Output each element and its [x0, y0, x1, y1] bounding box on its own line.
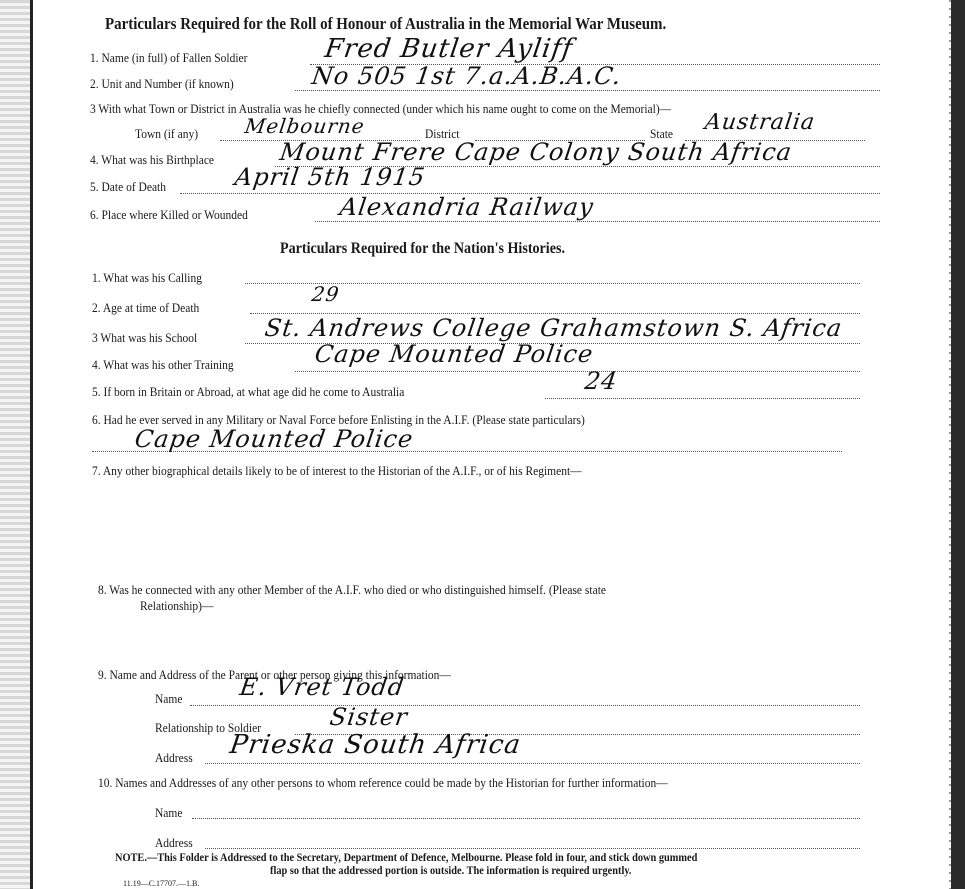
field-label-unit: 2. Unit and Number (if known)	[90, 77, 234, 92]
footer-note: NOTE.—This Folder is Addressed to the Se…	[115, 852, 697, 864]
form-title: Particulars Required for the Roll of Hon…	[105, 14, 666, 34]
field-value-state: Australia	[703, 110, 817, 135]
field-line	[295, 371, 860, 372]
field-line	[315, 221, 880, 222]
field-line	[295, 90, 880, 91]
field-label-age: 2. Age at time of Death	[92, 301, 199, 316]
field-value-age-arrived: 24	[583, 367, 619, 395]
field-value-informant-name: E. Vret Todd	[238, 673, 406, 701]
field-label-birthplace: 4. What was his Birthplace	[90, 153, 214, 168]
footer-note-continued: flap so that the addressed portion is ou…	[270, 865, 632, 877]
field-label-town-district: 3 With what Town or District in Australi…	[90, 102, 671, 117]
field-line	[190, 705, 860, 706]
field-label-date-of-death: 5. Date of Death	[90, 180, 166, 195]
scan-edge-left	[0, 0, 32, 889]
scan-edge-right	[951, 0, 965, 889]
field-label-informant-address: Address	[155, 751, 193, 766]
field-line	[205, 848, 860, 849]
field-label-place-killed: 6. Place where Killed or Wounded	[90, 208, 248, 223]
field-value-informant-address: Prieska South Africa	[228, 730, 523, 760]
field-value-age: 29	[310, 282, 341, 306]
field-value-town: Melbourne	[243, 114, 366, 138]
field-value-training: Cape Mounted Police	[313, 340, 595, 368]
field-label-connected-member: 8. Was he connected with any other Membe…	[98, 583, 606, 598]
field-label-references: 10. Names and Addresses of any other per…	[98, 776, 668, 791]
field-value-name: Fred Butler Ayliff	[323, 34, 575, 64]
field-label-name: 1. Name (in full) of Fallen Soldier	[90, 51, 247, 66]
field-label-school: 3 What was his School	[92, 331, 197, 346]
field-label-biographical: 7. Any other biographical details likely…	[92, 464, 582, 479]
field-label-relationship-note: Relationship)—	[140, 599, 213, 614]
field-value-date-of-death: April 5th 1915	[233, 163, 427, 191]
field-label-informant-name: Name	[155, 692, 182, 707]
field-label-training: 4. What was his other Training	[92, 358, 234, 373]
field-value-school: St. Andrews College Grahamstown S. Afric…	[263, 314, 844, 342]
field-label-reference-name: Name	[155, 806, 182, 821]
field-label-reference-address: Address	[155, 836, 193, 851]
field-value-place-killed: Alexandria Railway	[338, 193, 596, 221]
scan-border-left	[30, 0, 33, 889]
field-line	[205, 763, 860, 764]
field-value-relationship: Sister	[328, 703, 410, 731]
field-line	[545, 398, 860, 399]
field-label-calling: 1. What was his Calling	[92, 271, 202, 286]
print-code: 11.19—C.17707.—1.B.	[123, 879, 199, 888]
field-label-age-arrived: 5. If born in Britain or Abroad, at what…	[92, 385, 404, 400]
field-label-town: Town (if any)	[135, 127, 198, 142]
section-title-histories: Particulars Required for the Nation's Hi…	[280, 240, 565, 258]
field-line	[192, 818, 860, 819]
field-value-unit: No 505 1st 7.a.A.B.A.C.	[310, 62, 623, 90]
field-value-military-service: Cape Mounted Police	[133, 425, 415, 453]
field-value-birthplace: Mount Frere Cape Colony South Africa	[278, 138, 794, 166]
